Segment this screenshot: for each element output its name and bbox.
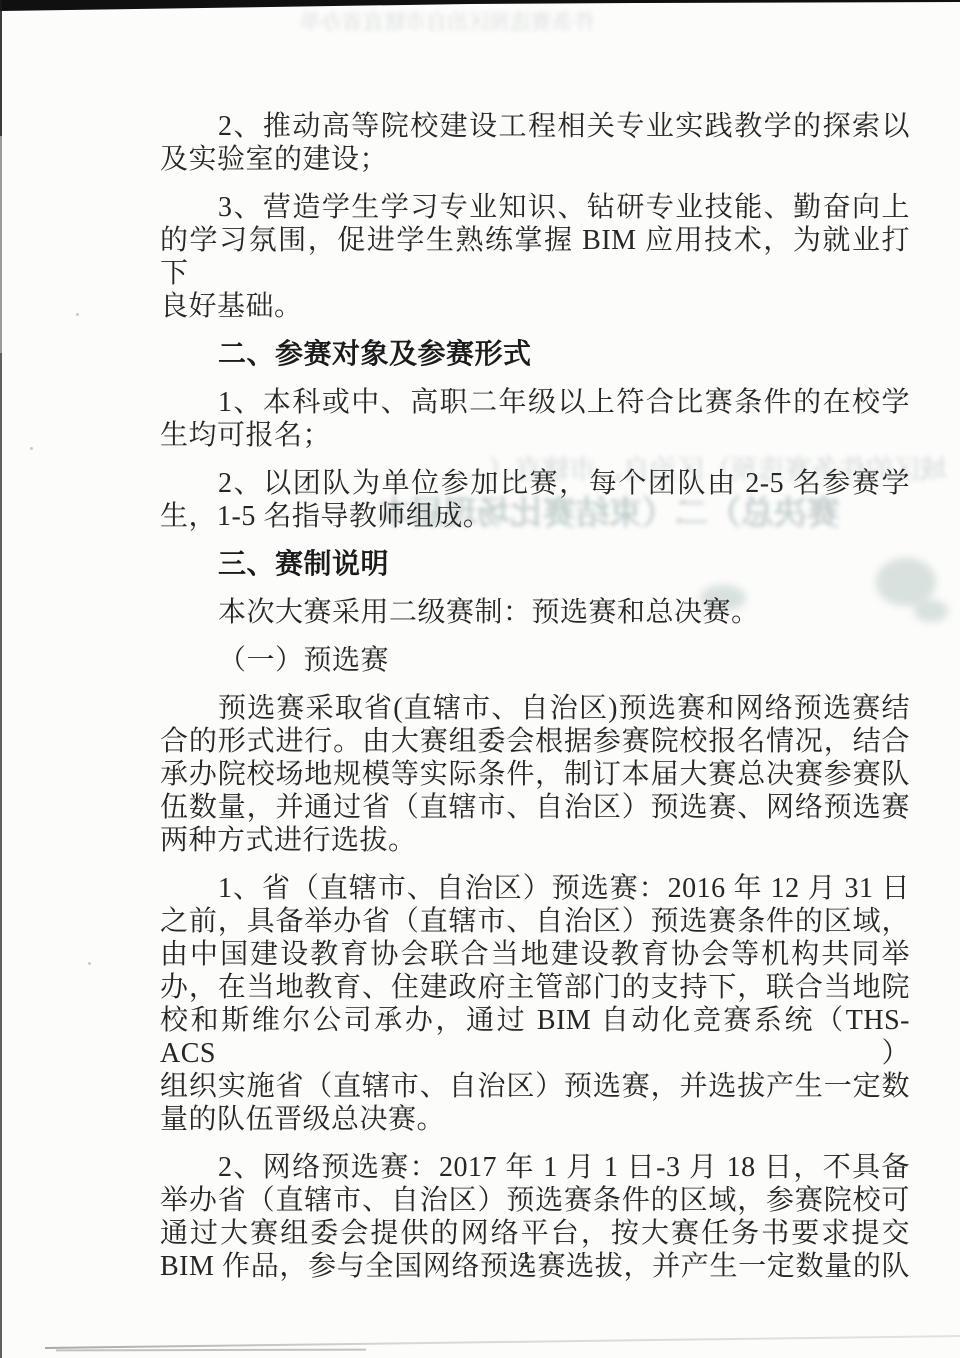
text-line: 3、营造学生学习专业知识、钻研专业技能、勤奋向上 — [160, 191, 910, 224]
paragraph: 3、营造学生学习专业知识、钻研专业技能、勤奋向上的学习氛围，促进学生熟练掌握 B… — [160, 191, 910, 323]
text-line: 组织实施省（直辖市、自治区）预选赛，并选拔产生一定数 — [160, 1070, 910, 1103]
page-number: 2 — [160, 1248, 890, 1273]
paragraph: 1、本科或中、高职二年级以上符合比赛条件的在校学生均可报名； — [160, 386, 910, 452]
text-line: 2、推动高等院校建设工程相关专业实践教学的探索以 — [160, 110, 910, 143]
document-body: 2、推动高等院校建设工程相关专业实践教学的探索以及实验室的建设；3、营造学生学习… — [160, 110, 910, 1298]
scanned-page: 件条赛选预区治自市辖直省办举域区的件条赛选预）区治自、市辖直（赛决总）二（束结赛… — [0, 0, 960, 1358]
text-line: 生，1-5 名指导教师组成。 — [160, 500, 910, 533]
text-line: 合的形式进行。由大赛组委会根据参赛院校报名情况，结合 — [160, 725, 910, 758]
text-line: 良好基础。 — [160, 290, 910, 323]
paragraph: 预选赛采取省(直辖市、自治区)预选赛和网络预选赛结合的形式进行。由大赛组委会根据… — [160, 692, 910, 857]
text-line: 生均可报名； — [160, 419, 910, 452]
paper-edge-bottom — [45, 1335, 960, 1349]
paragraph: 本次大赛采用二级赛制：预选赛和总决赛。 — [160, 596, 910, 629]
text-line: 之前，具备举办省（直辖市、自治区）预选赛条件的区域， — [160, 905, 910, 938]
text-line: 校和斯维尔公司承办，通过 BIM 自动化竞赛系统（THS-ACS） — [160, 1004, 910, 1070]
text-line: 办，在当地教育、住建政府主管部门的支持下，联合当地院 — [160, 971, 910, 1004]
text-line: 量的队伍晋级总决赛。 — [160, 1103, 910, 1136]
scan-speck — [88, 962, 91, 965]
text-line: 二、参赛对象及参赛形式 — [160, 338, 910, 371]
text-line: 预选赛采取省(直辖市、自治区)预选赛和网络预选赛结 — [160, 692, 910, 725]
scan-speck — [76, 313, 79, 316]
scan-edge-top — [0, 0, 960, 11]
paper-edge-bottom-shadow — [56, 1349, 366, 1352]
text-line: 1、省（直辖市、自治区）预选赛：2016 年 12 月 31 日 — [160, 872, 910, 905]
text-line: 承办院校场地规模等实际条件，制订本届大赛总决赛参赛队 — [160, 758, 910, 791]
text-line: 伍数量，并通过省（直辖市、自治区）预选赛、网络预选赛 — [160, 791, 910, 824]
text-line: 三、赛制说明 — [160, 548, 910, 581]
section-heading: 二、参赛对象及参赛形式 — [160, 338, 910, 371]
scan-edge-left — [0, 0, 2, 1358]
text-line: 两种方式进行选拔。 — [160, 824, 910, 857]
text-line: 2、网络预选赛：2017 年 1 月 1 日-3 月 18 日，不具备 — [160, 1151, 910, 1184]
text-line: 举办省（直辖市、自治区）预选赛条件的区域，参赛院校可 — [160, 1184, 910, 1217]
paragraph: 2、推动高等院校建设工程相关专业实践教学的探索以及实验室的建设； — [160, 110, 910, 176]
text-line: 由中国建设教育协会联合当地建设教育协会等机构共同举 — [160, 938, 910, 971]
text-line: 的学习氛围，促进学生熟练掌握 BIM 应用技术，为就业打下 — [160, 224, 910, 290]
section-heading: 三、赛制说明 — [160, 548, 910, 581]
text-line: 2、以团队为单位参加比赛，每个团队由 2-5 名参赛学 — [160, 467, 910, 500]
bleedthrough-blob — [914, 600, 948, 622]
paragraph: 2、以团队为单位参加比赛，每个团队由 2-5 名参赛学生，1-5 名指导教师组成… — [160, 467, 910, 533]
paragraph: （一）预选赛 — [160, 644, 910, 677]
text-line: 本次大赛采用二级赛制：预选赛和总决赛。 — [160, 596, 910, 629]
text-line: 通过大赛组委会提供的网络平台，按大赛任务书要求提交 — [160, 1217, 910, 1250]
text-line: 及实验室的建设； — [160, 143, 910, 176]
scan-speck — [30, 447, 33, 450]
bleedthrough-mark: 件条赛选预区治自市辖直省办举 — [300, 6, 594, 36]
paragraph: 1、省（直辖市、自治区）预选赛：2016 年 12 月 31 日之前，具备举办省… — [160, 872, 910, 1136]
text-line: 1、本科或中、高职二年级以上符合比赛条件的在校学 — [160, 386, 910, 419]
text-line: （一）预选赛 — [160, 644, 910, 677]
